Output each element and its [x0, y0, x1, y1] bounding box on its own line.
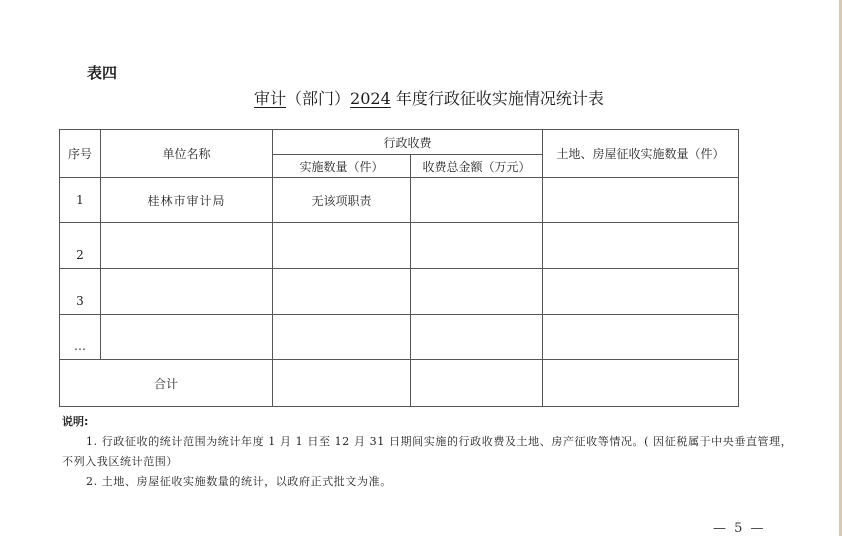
row-fee-total — [411, 269, 543, 315]
header-fee-total: 收费总金额（万元） — [411, 155, 543, 178]
note-item-1-continued: 不列入我区统计范围） — [62, 452, 822, 472]
row-seq: 1 — [60, 178, 101, 223]
notes-section: 说明: 1. 行政征收的统计范围为统计年度 1 月 1 日至 12 月 31 日… — [62, 412, 822, 492]
note-item-1: 1. 行政征收的统计范围为统计年度 1 月 1 日至 12 月 31 日期间实施… — [62, 432, 822, 452]
row-fee-total — [411, 178, 543, 223]
row-seq: 3 — [60, 269, 101, 315]
table-label: 表四 — [87, 62, 117, 83]
row-unit-name — [101, 315, 273, 360]
header-admin-fees: 行政收费 — [273, 130, 543, 155]
row-fee-total — [411, 315, 543, 360]
title-dept-suffix: （部门） — [286, 89, 350, 108]
page-title: 审计（部门）2024 年度行政征收实施情况统计表 — [254, 86, 604, 109]
row-unit-name: 桂林市审计局 — [101, 178, 273, 223]
table-row: 1 桂林市审计局 无该项职责 — [60, 178, 739, 223]
header-impl-count: 实施数量（件） — [273, 155, 411, 178]
row-unit-name — [101, 269, 273, 315]
row-land-housing — [543, 178, 739, 223]
row-land-housing — [543, 223, 739, 269]
row-seq: … — [60, 315, 101, 360]
note-item-2: 2. 土地、房屋征收实施数量的统计，以政府正式批文为准。 — [62, 472, 822, 492]
total-impl-count — [273, 360, 411, 407]
header-land-housing: 土地、房屋征收实施数量（件） — [543, 130, 739, 178]
row-unit-name — [101, 223, 273, 269]
row-seq: 2 — [60, 223, 101, 269]
notes-heading: 说明: — [62, 412, 822, 432]
total-land-housing — [543, 360, 739, 407]
row-impl-count — [273, 269, 411, 315]
row-impl-count: 无该项职责 — [273, 178, 411, 223]
header-seq: 序号 — [60, 130, 101, 178]
table-row: 3 — [60, 269, 739, 315]
row-land-housing — [543, 269, 739, 315]
row-fee-total — [411, 223, 543, 269]
row-impl-count — [273, 315, 411, 360]
title-year: 2024 — [350, 89, 391, 108]
table-total-row: 合计 — [60, 360, 739, 407]
table-row: 2 — [60, 223, 739, 269]
page-number: — 5 — — [713, 521, 766, 536]
statistics-table: 序号 单位名称 行政收费 土地、房屋征收实施数量（件） 实施数量（件） 收费总金… — [59, 129, 739, 407]
header-unit-name: 单位名称 — [101, 130, 273, 178]
title-rest: 年度行政征收实施情况统计表 — [391, 89, 604, 108]
title-dept: 审计 — [254, 89, 286, 108]
total-label: 合计 — [60, 360, 273, 407]
total-fee-total — [411, 360, 543, 407]
row-impl-count — [273, 223, 411, 269]
table-row: … — [60, 315, 739, 360]
row-land-housing — [543, 315, 739, 360]
